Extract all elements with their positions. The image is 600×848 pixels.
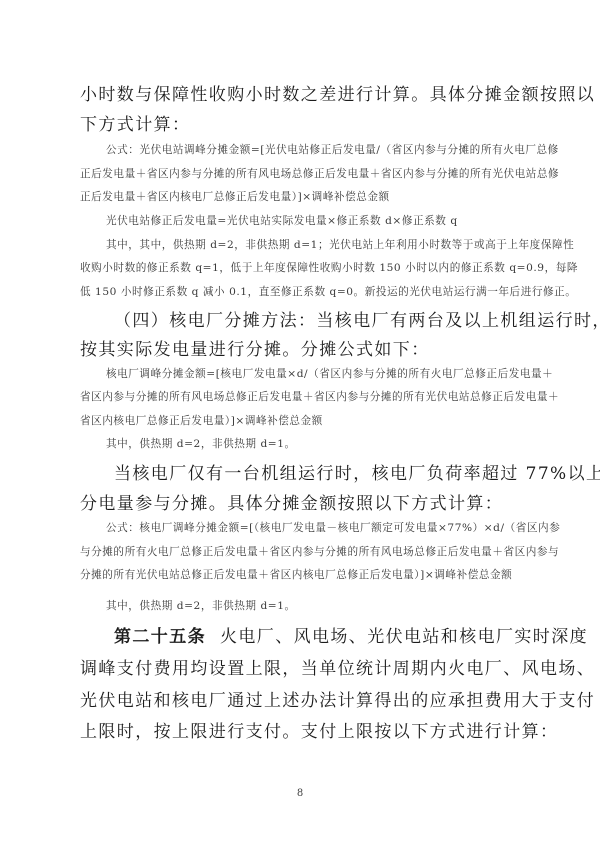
- paragraph-line: 光伏电站和核电厂通过上述办法计算得出的应承担费用大于支付: [80, 686, 524, 711]
- formula-line: 分摊的所有光伏电站总修正后发电量＋省区内核电厂总修正后发电量）]×调峰补偿总金额: [80, 567, 524, 582]
- note-line: 其中，其中，供热期 d=2，非供热期 d=1；光伏电站上年利用小时数等于或高于上…: [106, 237, 524, 252]
- article-line: 第二十五条火电厂、风电场、光伏电站和核电厂实时深度: [114, 622, 524, 647]
- note-line: 收购小时数的修正系数 q=1，低于上年度保障性收购小时数 150 小时以内的修正…: [80, 260, 524, 275]
- formula-line: 光伏电站修正后发电量=光伏电站实际发电量×修正系数 d×修正系数 q: [106, 213, 524, 228]
- formula-line: 核电厂调峰分摊金额=[核电厂发电量×d/（省区内参与分摊的所有火电厂总修正后发电…: [106, 366, 524, 381]
- formula-line: 公式：光伏电站调峰分摊金额=[光伏电站修正后发电量/（省区内参与分摊的所有火电厂…: [106, 142, 524, 157]
- note-line: 其中，供热期 d=2，非供热期 d=1。: [106, 598, 524, 613]
- formula-line: 省区内核电厂总修正后发电量）]×调峰补偿总金额: [80, 413, 524, 428]
- formula-line: 正后发电量＋省区内核电厂总修正后发电量）]×调峰补偿总金额: [80, 189, 524, 204]
- note-line: 其中，供热期 d=2，非供热期 d=1。: [106, 436, 524, 451]
- article-heading: 第二十五条: [114, 627, 206, 647]
- paragraph-line: 上限时，按上限进行支付。支付上限按以下方式进行计算：: [80, 717, 524, 742]
- paragraph-line: 调峰支付费用均设置上限，当单位统计周期内火电厂、风电场、: [80, 654, 524, 679]
- paragraph-line: 分电量参与分摊。具体分摊金额按照以下方式计算：: [80, 489, 524, 514]
- paragraph-line: 按其实际发电量进行分摊。分摊公式如下：: [80, 335, 524, 360]
- section-heading-line: （四）核电厂分摊方法：当核电厂有两台及以上机组运行时，: [114, 306, 524, 331]
- document-page: 小时数与保障性收购小时数之差进行计算。具体分摊金额按照以 下方式计算： 公式：光…: [0, 0, 600, 848]
- formula-line: 与分摊的所有火电厂总修正后发电量＋省区内参与分摊的所有风电场总修正后发电量＋省区…: [80, 544, 524, 559]
- paragraph-line: 当核电厂仅有一台机组运行时，核电厂负荷率超过 77%以上部: [114, 459, 524, 484]
- paragraph-line: 下方式计算：: [80, 110, 524, 135]
- page-number: 8: [0, 788, 600, 799]
- formula-line: 省区内参与分摊的所有风电场总修正后发电量＋省区内参与分摊的所有光伏电站总修正后发…: [80, 389, 524, 404]
- formula-line: 公式：核电厂调峰分摊金额=[（核电厂发电量－核电厂额定可发电量×77%）×d/（…: [106, 520, 524, 535]
- article-text: 火电厂、风电场、光伏电站和核电厂实时深度: [220, 627, 588, 647]
- note-line: 低 150 小时修正系数 q 减小 0.1，直至修正系数 q=0。新投运的光伏电…: [80, 284, 524, 299]
- formula-line: 正后发电量＋省区内参与分摊的所有风电场总修正后发电量＋省区内参与分摊的所有光伏电…: [80, 166, 524, 181]
- paragraph-line: 小时数与保障性收购小时数之差进行计算。具体分摊金额按照以: [80, 80, 524, 105]
